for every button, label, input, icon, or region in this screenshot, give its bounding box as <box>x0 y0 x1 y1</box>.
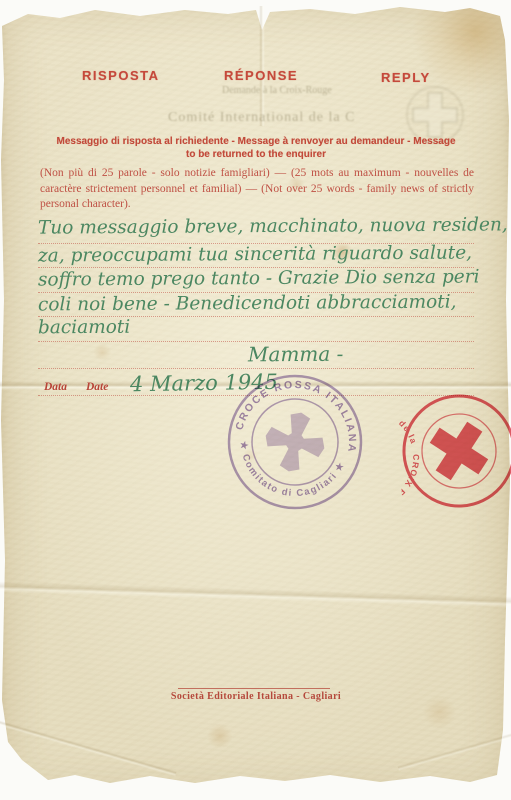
message-line: soffro temo prego tanto - Grazie Dio sen… <box>38 268 474 293</box>
instruction-heading-line1: Messaggio di risposta al richiedente - M… <box>44 136 468 149</box>
message-line: baciamoti <box>38 317 474 342</box>
stamp-cross-icon <box>259 406 330 477</box>
instruction-note-line2: caractère strictement personnel et famil… <box>40 182 474 198</box>
message-line-text: soffro temo prego tanto - Grazie Dio sen… <box>38 266 480 290</box>
message-line-text: za, preoccupami tua sincerità riguardo s… <box>38 242 472 266</box>
instruction-note: (Non più di 25 parole - solo notizie fam… <box>40 166 474 213</box>
printer-imprint: Società Editoriale Italiana - Cagliari <box>40 691 472 702</box>
instruction-note-line1: (Non più di 25 parole - solo notizie fam… <box>40 166 474 182</box>
message-line: Tuo messaggio breve, macchinato, nuova r… <box>38 216 474 244</box>
scanned-red-cross-message-form: RISPOSTA RÉPONSE REPLY Demande à la Croi… <box>0 0 511 800</box>
message-line-text: Tuo messaggio breve, macchinato, nuova r… <box>38 214 508 238</box>
message-line: coli noi bene - Benedicendoti abbracciam… <box>38 293 474 317</box>
bleedthrough-text-line2: Comité International de la C <box>168 110 355 126</box>
instruction-heading-line2: to be returned to the enquirer <box>44 149 468 162</box>
bleedthrough-text-line1: Demande à la Croix-Rouge <box>222 85 332 96</box>
red-cross-icon <box>419 411 499 491</box>
title-risposta: RISPOSTA <box>82 68 160 83</box>
instruction-heading: Messaggio di risposta al richiedente - M… <box>44 136 468 161</box>
footer-rule <box>178 688 330 689</box>
instruction-note-line3: personal character). <box>40 197 474 213</box>
message-line-text: baciamoti <box>38 317 130 339</box>
title-reponse: RÉPONSE <box>224 68 298 83</box>
message-line-text: coli noi bene - Benedicendoti abbracciam… <box>38 292 457 316</box>
date-label-french: Date <box>86 381 108 393</box>
comite-international-croix-rouge-stamp: CROIX ROUGE · BARI · COMITÉ INTERNATIONA… <box>395 387 511 515</box>
date-label-italian: Data <box>44 381 67 393</box>
message-line: za, preoccupami tua sincerità riguardo s… <box>38 244 474 268</box>
title-reply: REPLY <box>381 70 431 85</box>
croce-rossa-italiana-stamp: CROCE ROSSA ITALIANA ★ Comitato di Cagli… <box>210 357 381 528</box>
